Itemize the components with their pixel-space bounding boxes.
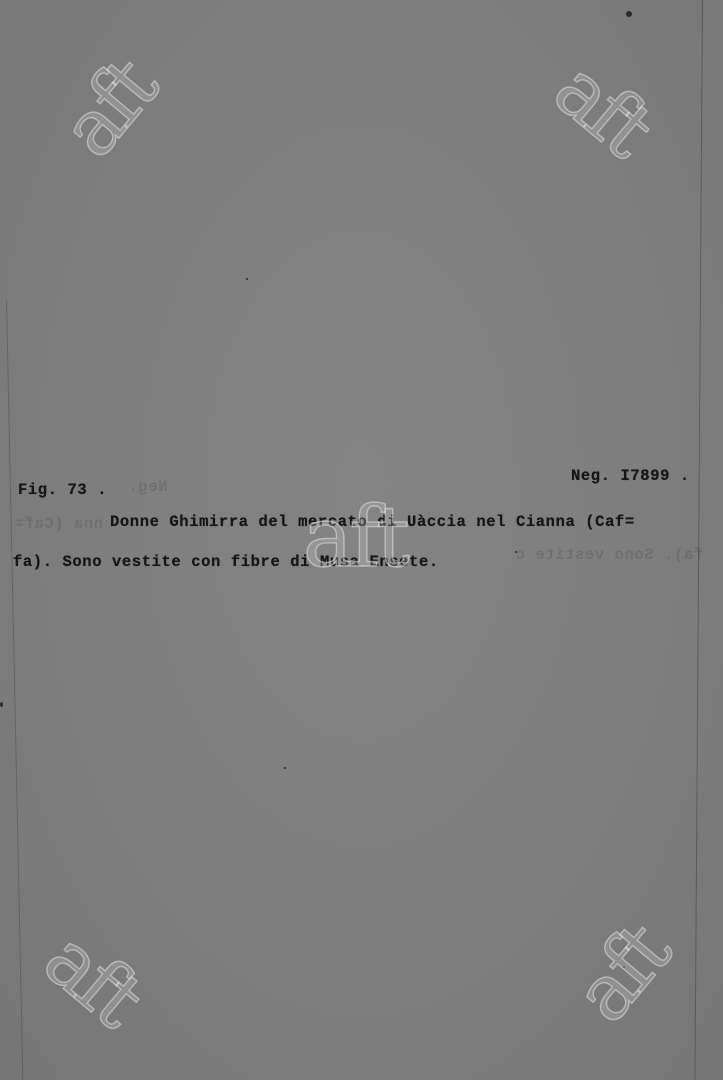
caption-card: Neg. nna (Caf= fa). Sono vestite c Fig. …	[0, 0, 723, 1080]
watermark-logo: aft	[541, 49, 664, 170]
figure-number: Fig. 73 .	[18, 481, 107, 499]
card-left-edge	[6, 300, 23, 1080]
bleed-through-text: fa). Sono vestite c	[515, 546, 703, 564]
watermark-logo: aft	[49, 48, 170, 171]
negative-number: Neg. I7899 .	[571, 467, 690, 485]
caption-line-1: Donne Ghimirra del mercato di Uàccia nel…	[110, 513, 635, 531]
watermark-logo: aft	[31, 919, 154, 1040]
dust-speck	[246, 278, 248, 280]
watermark-logo: aft	[562, 913, 683, 1036]
dust-speck	[0, 702, 3, 707]
dust-speck	[284, 767, 286, 769]
dust-speck	[626, 11, 632, 17]
bleed-through-text: Neg.	[128, 478, 168, 496]
caption-line-2: fa). Sono vestite con fibre di Musa Ense…	[13, 553, 439, 571]
bleed-through-text: nna (Caf=	[14, 515, 103, 533]
dust-speck	[623, 966, 625, 968]
card-right-edge	[694, 0, 703, 1080]
